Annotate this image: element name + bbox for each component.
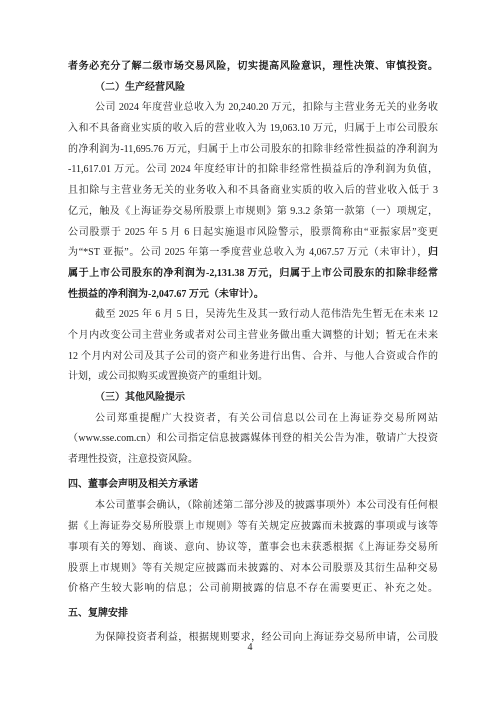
body-text-line: 价格产生较大影响的信息；公司前期披露的信息不存在需要更正、补充之处。 bbox=[68, 579, 438, 600]
text-segment: 的净利润为-11,695.76 万元，归属于上市公司股东的扣除非经常性损益的净利… bbox=[68, 144, 438, 155]
text-segment: 事项有关的筹划、商谈、意向、协议等，董事会也未获悉根据《上海证券交易所 bbox=[68, 542, 438, 553]
text-segment: 者务必充分了解二级市场交易风险，切实提高风险意识，理性决策、审慎投资。 bbox=[68, 61, 438, 72]
text-segment: 据《上海证券交易所股票上市规则》等有关规定应披露而未披露的事项或与该等 bbox=[68, 521, 438, 532]
text-segment: 12 个月内对公司及其子公司的资产和业务进行出售、合并、与他人合资或合作的 bbox=[68, 351, 438, 362]
text-segment: （二）生产经营风险 bbox=[95, 82, 185, 93]
body-text-line: 股票上市规则》等有关规定应披露而未披露的、对本公司股票及其衍生品种交易 bbox=[68, 559, 438, 580]
body-text-line: 据《上海证券交易所股票上市规则》等有关规定应披露而未披露的事项或与该等 bbox=[68, 517, 438, 538]
subsection-heading-production-risk: （二）生产经营风险 bbox=[68, 78, 438, 99]
body-text-line: 12 个月内对公司及其子公司的资产和业务进行出售、合并、与他人合资或合作的 bbox=[68, 347, 438, 368]
text-segment: 为“*ST 亚振”。公司 2025 年第一季度营业总收入为 4,067.57 万… bbox=[68, 247, 428, 258]
text-segment: 股票上市规则》等有关规定应披露而未披露的、对本公司股票及其衍生品种交易 bbox=[68, 563, 438, 574]
body-text-line: 为“*ST 亚振”。公司 2025 年第一季度营业总收入为 4,067.57 万… bbox=[68, 243, 438, 264]
text-segment: -11,617.01 万元。公司 2024 年度经审计的扣除非经常性损益后的净利… bbox=[68, 164, 438, 175]
subsection-heading-other-risk: （三）其他风险提示 bbox=[68, 388, 438, 409]
text-segment: 归 bbox=[428, 247, 438, 258]
text-segment: 个月内改变公司主营业务或者对公司主营业务做出重大调整的计划；暂无在未来 bbox=[68, 330, 438, 341]
text-segment: （www.sse.com.cn）和公司指定信息披露媒体刊登的相关公告为准，敬请广… bbox=[68, 433, 438, 444]
body-text-line: 性损益的净利润为-2,047.67 万元（未审计）。 bbox=[68, 285, 438, 306]
body-text-line: 者理性投资，注意投资风险。 bbox=[68, 450, 438, 471]
text-segment: 四、董事会声明及相关方承诺 bbox=[68, 479, 198, 490]
body-text-line: 且扣除与主营业务无关的业务收入和不具备商业实质的收入后的营业收入低于 3 bbox=[68, 181, 438, 202]
text-segment: （三）其他风险提示 bbox=[95, 392, 185, 403]
body-text-line: 事项有关的筹划、商谈、意向、协议等，董事会也未获悉根据《上海证券交易所 bbox=[68, 538, 438, 559]
paragraph-continuation-line: 者务必充分了解二级市场交易风险，切实提高风险意识，理性决策、审慎投资。 bbox=[68, 57, 438, 78]
section-heading-board-statement: 四、董事会声明及相关方承诺 bbox=[68, 475, 438, 496]
text-segment: 性损益的净利润为-2,047.67 万元（未审计）。 bbox=[68, 289, 264, 300]
body-text-line: 截至 2025 年 6 月 5 日，吴涛先生及其一致行动人范伟浩先生暂无在未来 … bbox=[68, 305, 438, 326]
text-segment: 亿元，触及《上海证券交易所股票上市规则》第 9.3.2 条第一款第（一）项规定， bbox=[68, 206, 438, 217]
text-segment: 入和不具备商业实质的收入后的营业收入为 19,063.10 万元，归属于上市公司… bbox=[68, 123, 438, 134]
text-segment: 计划，或公司拟购买或置换资产的重组计划。 bbox=[68, 371, 268, 382]
document-page: 者务必充分了解二级市场交易风险，切实提高风险意识，理性决策、审慎投资。（二）生产… bbox=[0, 0, 500, 707]
text-segment: 公司股票于 2025 年 5 月 6 日起实施退市风险警示，股票简称由“亚振家居… bbox=[68, 227, 438, 238]
body-text-line: 公司 2024 年度营业总收入为 20,240.20 万元，扣除与主营业务无关的… bbox=[68, 98, 438, 119]
body-text-line: 属于上市公司股东的净利润为-2,131.38 万元，归属于上市公司股东的扣除非经… bbox=[68, 264, 438, 285]
body-text-line: 入和不具备商业实质的收入后的营业收入为 19,063.10 万元，归属于上市公司… bbox=[68, 119, 438, 140]
body-text-line: 计划，或公司拟购买或置换资产的重组计划。 bbox=[68, 367, 438, 388]
text-segment: 公司郑重提醒广大投资者，有关公司信息以公司在上海证券交易所网站 bbox=[95, 413, 438, 424]
text-segment: 公司 2024 年度营业总收入为 20,240.20 万元，扣除与主营业务无关的… bbox=[95, 102, 438, 113]
body-text-line: 的净利润为-11,695.76 万元，归属于上市公司股东的扣除非经常性损益的净利… bbox=[68, 140, 438, 161]
text-segment: 者理性投资，注意投资风险。 bbox=[68, 454, 198, 465]
body-text-line: （www.sse.com.cn）和公司指定信息披露媒体刊登的相关公告为准，敬请广… bbox=[68, 429, 438, 450]
body-text-line: -11,617.01 万元。公司 2024 年度经审计的扣除非经常性损益后的净利… bbox=[68, 160, 438, 181]
body-text-line: 亿元，触及《上海证券交易所股票上市规则》第 9.3.2 条第一款第（一）项规定， bbox=[68, 202, 438, 223]
text-segment: 本公司董事会确认，（除前述第二部分涉及的披露事项外）本公司没有任何根 bbox=[95, 500, 438, 511]
body-text-line: 本公司董事会确认，（除前述第二部分涉及的披露事项外）本公司没有任何根 bbox=[68, 496, 438, 517]
body-text-line: 公司郑重提醒广大投资者，有关公司信息以公司在上海证券交易所网站 bbox=[68, 409, 438, 430]
text-segment: 截至 2025 年 6 月 5 日，吴涛先生及其一致行动人范伟浩先生暂无在未来 … bbox=[95, 309, 438, 320]
document-body: 者务必充分了解二级市场交易风险，切实提高风险意识，理性决策、审慎投资。（二）生产… bbox=[68, 57, 438, 648]
body-text-line: 公司股票于 2025 年 5 月 6 日起实施退市风险警示，股票简称由“亚振家居… bbox=[68, 223, 438, 244]
text-segment: 属于上市公司股东的净利润为-2,131.38 万元，归属于上市公司股东的扣除非经… bbox=[68, 268, 438, 279]
page-number: 4 bbox=[0, 641, 500, 655]
text-segment: 价格产生较大影响的信息；公司前期披露的信息不存在需要更正、补充之处。 bbox=[68, 583, 438, 594]
text-segment: 五、复牌安排 bbox=[68, 608, 128, 619]
section-heading-resumption: 五、复牌安排 bbox=[68, 604, 438, 625]
body-text-line: 个月内改变公司主营业务或者对公司主营业务做出重大调整的计划；暂无在未来 bbox=[68, 326, 438, 347]
text-segment: 且扣除与主营业务无关的业务收入和不具备商业实质的收入后的营业收入低于 3 bbox=[68, 185, 438, 196]
